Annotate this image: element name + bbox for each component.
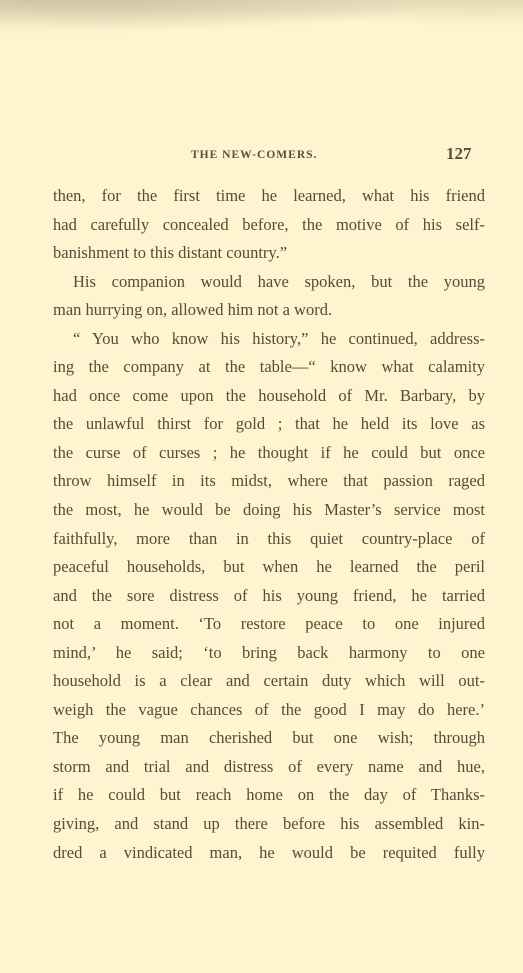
text-line: the curse of curses ; he thought if he c… <box>53 439 485 468</box>
text-line: then, for the first time he learned, wha… <box>53 182 485 211</box>
paragraph-start-line: His companion would have spoken, but the… <box>53 268 485 297</box>
page-number: 127 <box>446 144 472 164</box>
text-line: not a moment. ‘To restore peace to one i… <box>53 610 485 639</box>
page-scan-speckle <box>0 0 523 40</box>
text-line: storm and trial and distress of every na… <box>53 753 485 782</box>
text-line: faithfully, more than in this quiet coun… <box>53 525 485 554</box>
text-line: throw himself in its midst, where that p… <box>53 467 485 496</box>
text-line: ing the company at the table—“ know what… <box>53 353 485 382</box>
paragraph-start-line: “ You who know his history,” he continue… <box>53 325 485 354</box>
text-line: had once come upon the household of Mr. … <box>53 382 485 411</box>
text-line: man hurrying on, allowed him not a word. <box>53 296 485 325</box>
text-line: household is a clear and certain duty wh… <box>53 667 485 696</box>
text-line: The young man cherished but one wish; th… <box>53 724 485 753</box>
running-head-title: THE NEW-COMERS. <box>191 149 317 161</box>
text-line: mind,’ he said; ‘to bring back harmony t… <box>53 639 485 668</box>
text-line: if he could but reach home on the day of… <box>53 781 485 810</box>
text-line: weigh the vague chances of the good I ma… <box>53 696 485 725</box>
text-line: banishment to this distant country.” <box>53 239 485 268</box>
text-line: giving, and stand up there before his as… <box>53 810 485 839</box>
text-line: dred a vindicated man, he would be requi… <box>53 839 485 868</box>
text-line: and the sore distress of his young frien… <box>53 582 485 611</box>
text-line: had carefully concealed before, the moti… <box>53 211 485 240</box>
text-line: the unlawful thirst for gold ; that he h… <box>53 410 485 439</box>
text-line: the most, he would be doing his Master’s… <box>53 496 485 525</box>
body-text: then, for the first time he learned, wha… <box>53 182 485 867</box>
running-head: THE NEW-COMERS. 127 <box>0 146 523 166</box>
text-line: peaceful households, but when he learned… <box>53 553 485 582</box>
